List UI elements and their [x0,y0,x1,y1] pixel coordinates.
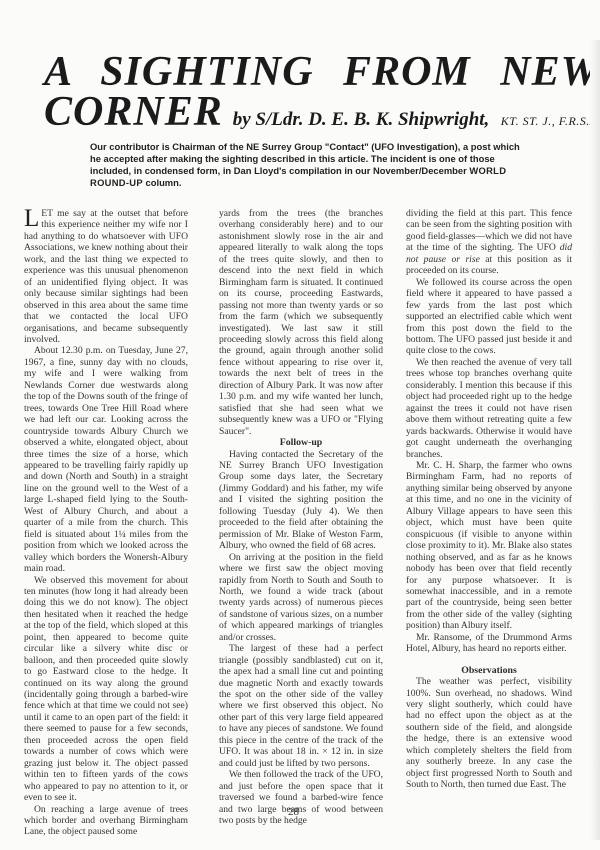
intro-text-part2: column. [143,177,182,188]
subheading-observations: Observations [406,665,572,676]
paragraph: Having contacted the Secretary of the NE… [219,449,383,552]
paragraph-text: dividing the field at this part. This fe… [406,208,572,253]
title-line-2: CORNERby S/Ldr. D. E. B. K. Shipwright, … [44,92,600,141]
column-3: dividing the field at this part. This fe… [406,208,572,791]
paragraph: We then followed the track of the UFO, a… [219,769,383,826]
paragraph: Mr. C. H. Sharp, the farmer who owns Bir… [406,460,572,632]
paragraph: About 12.30 p.m. on Tuesday, June 27, 19… [24,345,188,574]
drop-cap: L [24,209,39,229]
paragraph: yards from the trees (the branches overh… [219,208,383,437]
article-title: A SIGHTING FROM NEWLANDS CORNERby S/Ldr.… [44,52,600,141]
column-2: yards from the trees (the branches overh… [219,208,383,826]
paragraph-text: ET me say at the outset that before this… [24,208,188,345]
paragraph: We observed this movement for about ten … [24,575,188,804]
paragraph: LET me say at the outset that before thi… [24,208,188,345]
paragraph: On reaching a large avenue of trees whic… [24,804,188,838]
page-edge-shadow [590,40,600,840]
paragraph: Mr. Ransome, of the Drummond Arms Hotel,… [406,632,572,655]
column-1: LET me say at the outset that before thi… [24,208,188,838]
intro-standfirst: Our contributor is Chairman of the NE Su… [90,141,530,189]
subheading-follow-up: Follow-up [219,437,383,448]
paragraph: The weather was perfect, visibility 100%… [406,676,572,791]
paragraph: We then reached the avenue of very tall … [406,357,572,460]
paragraph: The largest of these had a perfect trian… [219,643,383,769]
title-word-corner: CORNER [44,89,223,135]
paragraph: On arriving at the position in the field… [219,552,383,644]
spacer [406,655,572,665]
author-honours: KT. ST. J., F.R.S.A. [501,114,600,128]
paragraph: We followed its course across the open f… [406,277,572,357]
intro-text-part1: Our contributor is Chairman of the NE Su… [90,141,520,176]
title-line-1: A SIGHTING FROM NEWLANDS [44,52,600,92]
page-number: 28 [288,806,299,818]
paragraph: dividing the field at this part. This fe… [406,208,572,277]
byline: by S/Ldr. D. E. B. K. Shipwright, [233,109,490,130]
